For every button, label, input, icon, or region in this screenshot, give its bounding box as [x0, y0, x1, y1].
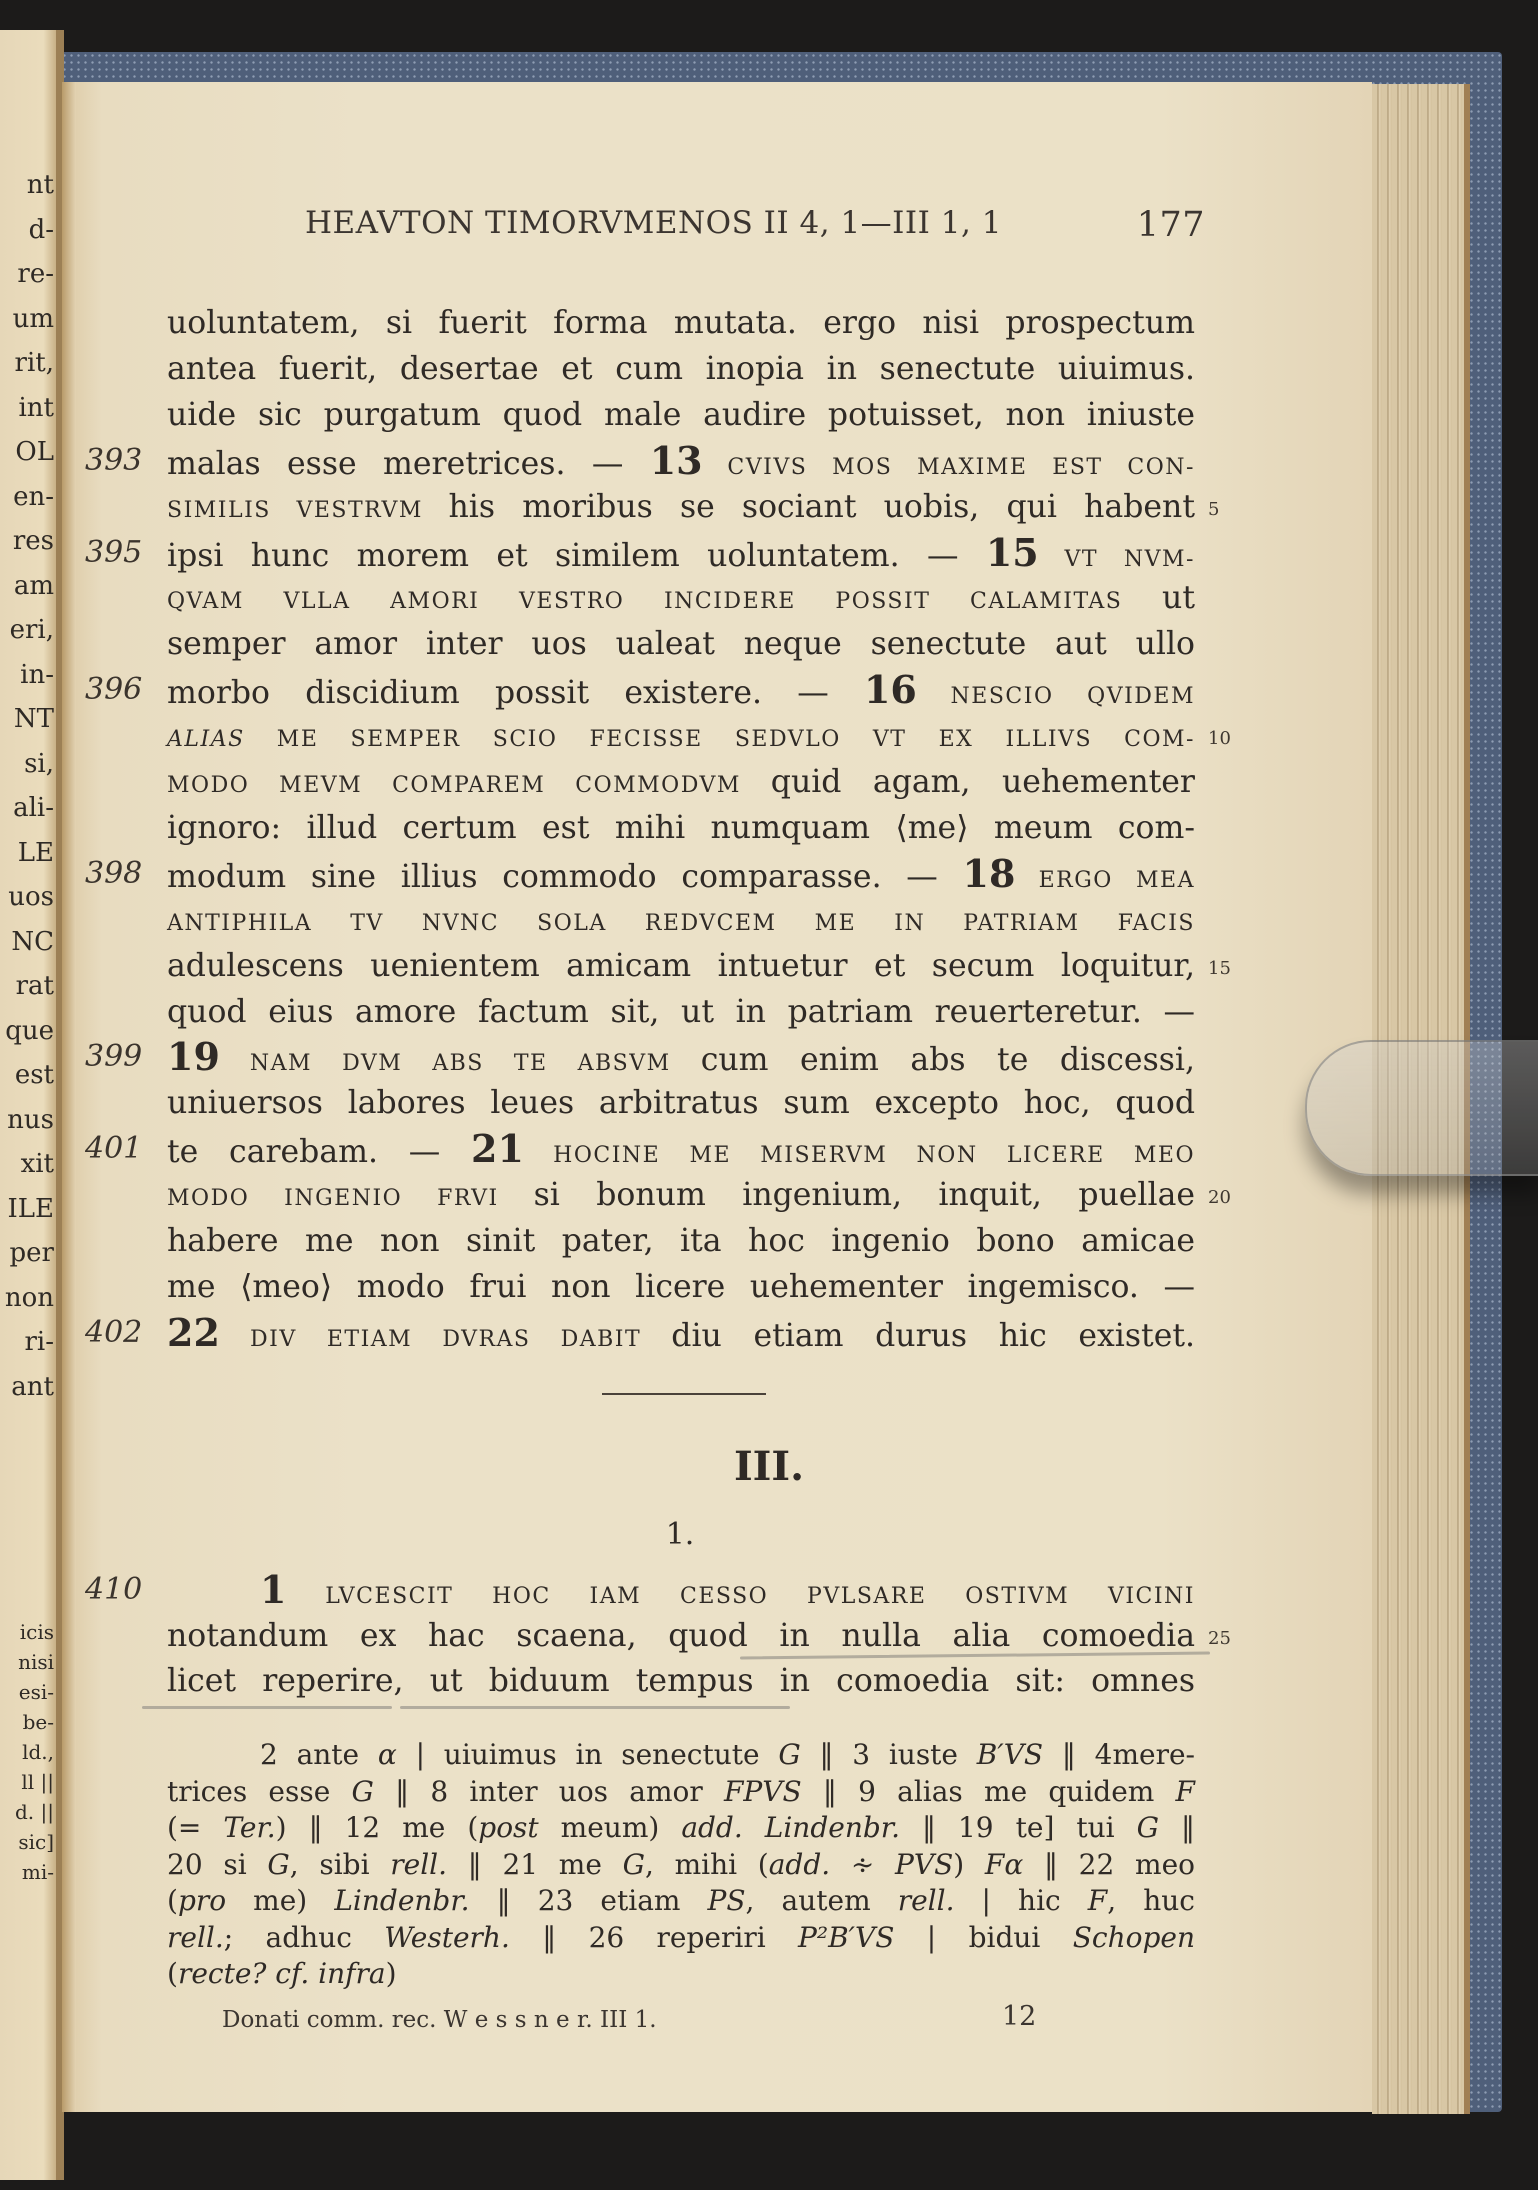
text-run: 2 ante	[260, 1738, 378, 1771]
text-run: ‖ 23 etiam	[470, 1884, 708, 1917]
lemma-small-caps: VT NVM-	[1039, 547, 1195, 572]
scene-heading: 1.	[0, 1517, 1360, 1552]
facing-page-fragment: ll ||	[21, 1770, 54, 1794]
text-run: uniuersos labores leues arbitratus sum e…	[167, 1085, 1195, 1121]
text-line: ANTIPHILA TV NVNC SOLA REDVCEM ME IN PAT…	[167, 900, 1195, 944]
text-run: ‖ 19 te] tui	[900, 1811, 1137, 1844]
text-run: ; adhuc	[224, 1921, 385, 1954]
facing-page-fragment: LE	[18, 838, 54, 868]
text-run: ut	[1162, 580, 1195, 616]
verse-number: 393	[85, 443, 155, 478]
facing-page-fragment: sic]	[18, 1830, 54, 1854]
text-run: ignoro: illud certum est mihi numquam ⟨m…	[167, 810, 1195, 846]
text-line: antea fuerit, desertae et cum inopia in …	[167, 349, 1195, 389]
facing-page-fragment: eri,	[10, 615, 54, 645]
text-line: morbo discidium possit existere. — 16 NE…	[167, 670, 1195, 717]
lemma-number: 1	[260, 1567, 286, 1612]
running-title: HEAVTON TIMORVMENOS II 4, 1—III 1, 1	[305, 205, 1002, 241]
facing-page-fragment: in-	[20, 660, 54, 690]
text-run: his moribus se sociant uobis, qui habent	[449, 489, 1195, 525]
text-run: uide sic purgatum quod male audire potui…	[167, 397, 1195, 433]
act-heading: III.	[0, 1443, 1538, 1490]
lemma-number: 15	[986, 530, 1039, 575]
facing-page-fragment: esi-	[19, 1680, 54, 1704]
footnote-line: (pro me) Lindenbr. ‖ 23 etiam PS, autem …	[167, 1883, 1195, 1919]
italic-text: recte? cf. infra	[178, 1957, 386, 1990]
italic-text: PS	[708, 1884, 746, 1917]
italic-text: α	[378, 1738, 397, 1771]
text-run: habere me non sinit pater, ita hoc ingen…	[167, 1223, 1195, 1259]
italic-text: add. ∻ PVS	[769, 1848, 954, 1881]
text-run: ipsi hunc morem et similem uoluntatem. —	[167, 538, 986, 574]
text-run: quid agam, uehementer	[771, 764, 1195, 800]
italic-text: G	[267, 1848, 289, 1881]
text-line: habere me non sinit pater, ita hoc ingen…	[167, 1221, 1195, 1261]
lemma-small-caps: NESCIO QVIDEM	[917, 684, 1195, 709]
text-line: te carebam. — 21 HOCINE ME MISERVM NON L…	[167, 1129, 1195, 1176]
running-header: HEAVTON TIMORVMENOS II 4, 1—III 1, 1 177	[305, 205, 1205, 255]
facing-page-fragment: res	[13, 526, 54, 556]
italic-text: G	[778, 1738, 800, 1771]
page-number: 177	[1137, 205, 1205, 245]
text-run: cum enim abs te discessi,	[701, 1042, 1195, 1078]
facing-page-fragment: um	[13, 304, 54, 334]
lemma-small-caps: LVCESCIT HOC IAM CESSO PVLSARE OSTIVM VI…	[286, 1584, 1195, 1609]
text-run: ) ‖ 12 me (	[276, 1811, 479, 1844]
italic-text: rell.	[898, 1884, 955, 1917]
facing-page-fragment: d-	[29, 215, 54, 245]
lemma-number: 19	[167, 1034, 220, 1079]
text-line: malas esse meretrices. — 13 CVIVS MOS MA…	[167, 441, 1195, 488]
facing-page-fragment: nus	[7, 1105, 54, 1135]
text-line: uniuersos labores leues arbitratus sum e…	[167, 1083, 1195, 1123]
text-run: me ⟨meo⟩ modo frui non licere uehementer…	[167, 1269, 1195, 1305]
text-run: uoluntatem, si fuerit forma mutata. ergo…	[167, 305, 1195, 341]
facing-page-fragment: uos	[8, 882, 54, 912]
text-run: , mihi (	[645, 1848, 769, 1881]
lemma-small-caps: CVIVS MOS MAXIME EST CON-	[703, 455, 1195, 480]
italic-text: G	[623, 1848, 645, 1881]
italic-text: FPVS	[724, 1775, 802, 1808]
footnote-line: 2 ante α | uiuimus in senectute G ‖ 3 iu…	[260, 1737, 1195, 1773]
lemma-small-caps: ERGO MEA	[1015, 868, 1195, 893]
lemma-small-caps: DIV ETIAM DVRAS DABIT	[220, 1327, 671, 1352]
text-run: antea fuerit, desertae et cum inopia in …	[167, 351, 1195, 387]
line-counter: 20	[1208, 1187, 1231, 1208]
italic-text: F	[1088, 1884, 1107, 1917]
text-run: meum)	[539, 1811, 682, 1844]
lemma-small-caps: SIMILIS VESTRVM	[167, 498, 449, 523]
text-run: , huc	[1107, 1884, 1195, 1917]
text-line: 22 DIV ETIAM DVRAS DABIT diu etiam durus…	[167, 1313, 1195, 1360]
text-run: me)	[226, 1884, 334, 1917]
italic-text: G	[1137, 1811, 1159, 1844]
text-run: quod eius amore factum sit, ut in patria…	[167, 994, 1195, 1030]
line-counter: 5	[1208, 499, 1219, 520]
facing-page-fragment: ILE	[7, 1194, 54, 1224]
italic-text: Fα	[985, 1848, 1023, 1881]
verse-number: 398	[85, 856, 155, 891]
text-run: malas esse meretrices. —	[167, 446, 650, 482]
imprint-line: Donati comm. rec. W e s s n e r. III 1.	[222, 2007, 657, 2033]
lemma-small-caps: ANTIPHILA TV NVNC SOLA REDVCEM ME IN PAT…	[167, 911, 1195, 936]
lemma-italic-small-caps: ALIAS	[167, 727, 245, 752]
text-line: MODO MEVM COMPAREM COMMODVM quid agam, u…	[167, 762, 1195, 806]
facing-page-fragment: xit	[21, 1149, 54, 1179]
text-run: morbo discidium possit existere. —	[167, 675, 864, 711]
italic-text: Lindenbr.	[334, 1884, 469, 1917]
italic-text: add. Lindenbr.	[681, 1811, 900, 1844]
verse-number: 410	[85, 1572, 155, 1607]
text-run: , sibi	[290, 1848, 391, 1881]
lemma-small-caps: MODO INGENIO FRVI	[167, 1186, 534, 1211]
text-line: ipsi hunc morem et similem uoluntatem. —…	[167, 533, 1195, 580]
text-line: quod eius amore factum sit, ut in patria…	[167, 992, 1195, 1032]
text-line: 19 NAM DVM ABS TE ABSVM cum enim abs te …	[167, 1037, 1195, 1084]
text-run: (=	[167, 1811, 223, 1844]
text-run: , autem	[746, 1884, 898, 1917]
lemma-small-caps: ME SEMPER SCIO FECISSE SEDVLO VT EX ILLI…	[245, 727, 1195, 752]
facing-page-fragment: si,	[24, 749, 54, 779]
gutter-shadow	[62, 82, 76, 2112]
facing-page-fragment: ri-	[24, 1327, 54, 1357]
facing-page-fragment: NT	[14, 704, 54, 734]
text-line: 1 LVCESCIT HOC IAM CESSO PVLSARE OSTIVM …	[260, 1570, 1195, 1617]
facing-page-fragment: ali-	[13, 793, 54, 823]
verse-number: 401	[85, 1131, 155, 1166]
italic-text: P²B′VS	[798, 1921, 894, 1954]
facing-page-fragment: rat	[16, 971, 54, 1001]
facing-page-fragment: ld.,	[22, 1740, 54, 1764]
text-run: )	[953, 1848, 985, 1881]
footnote-line: rell.; adhuc Westerh. ‖ 26 reperiri P²B′…	[167, 1920, 1195, 1956]
lemma-number: 18	[963, 851, 1016, 896]
facing-page-fragment: OL	[15, 437, 54, 467]
text-run: licet reperire, ut biduum tempus in como…	[167, 1663, 1195, 1699]
facing-page-fragment: en-	[13, 482, 54, 512]
verse-number: 395	[85, 535, 155, 570]
italic-text: Ter.	[223, 1811, 275, 1844]
text-line: ALIAS ME SEMPER SCIO FECISSE SEDVLO VT E…	[167, 716, 1195, 760]
text-line: QVAM VLLA AMORI VESTRO INCIDERE POSSIT C…	[167, 578, 1195, 622]
text-line: adulescens uenientem amicam intuetur et …	[167, 946, 1195, 986]
text-run: (	[167, 1957, 178, 1990]
text-run: ‖ 4mere-	[1043, 1738, 1195, 1771]
line-counter: 10	[1208, 728, 1231, 749]
facing-page-fragment: que	[5, 1016, 54, 1046]
verse-number: 396	[85, 672, 155, 707]
facing-page-fragment: int	[18, 393, 54, 423]
italic-text: Schopen	[1073, 1921, 1195, 1954]
page-footer: Donati comm. rec. W e s s n e r. III 1. …	[222, 2007, 657, 2033]
facing-page-fragment: icis	[20, 1620, 54, 1644]
section-divider-rule	[602, 1393, 766, 1395]
text-run: | uiuimus in senectute	[397, 1738, 779, 1771]
footnote-line: 20 si G, sibi rell. ‖ 21 me G, mihi (add…	[167, 1847, 1195, 1883]
facing-page-fragment: be-	[23, 1710, 54, 1734]
facing-page-fragment: NC	[11, 927, 54, 957]
facing-page-fragment: re-	[17, 259, 54, 289]
text-run: te carebam. —	[167, 1134, 471, 1170]
italic-text: B′VS	[977, 1738, 1043, 1771]
text-run: | hic	[954, 1884, 1087, 1917]
facing-page-fragment: rit,	[15, 348, 54, 378]
text-run: trices esse	[167, 1775, 352, 1808]
italic-text: rell.	[167, 1921, 224, 1954]
facing-page-fragment: mi-	[22, 1860, 54, 1884]
italic-text: pro	[178, 1884, 226, 1917]
text-run: | bidui	[894, 1921, 1072, 1954]
clear-bookmark-clip	[1305, 1040, 1538, 1176]
text-line: uide sic purgatum quod male audire potui…	[167, 395, 1195, 435]
pencil-underline	[142, 1706, 392, 1709]
italic-text: Westerh.	[384, 1921, 510, 1954]
text-line: SIMILIS VESTRVM his moribus se sociant u…	[167, 487, 1195, 531]
lemma-number: 13	[650, 438, 703, 483]
text-run: ‖ 9 alias me quidem	[802, 1775, 1176, 1808]
facing-page-left: ntd-re-umrit,intOLen-resameri,in-NTsi,al…	[0, 30, 62, 2180]
text-line: MODO INGENIO FRVI si bonum ingenium, inq…	[167, 1175, 1195, 1219]
facing-page-fragment: nisi	[18, 1650, 54, 1674]
text-run: )	[386, 1957, 397, 1990]
footnote-line: (= Ter.) ‖ 12 me (post meum) add. Linden…	[167, 1810, 1195, 1846]
text-line: licet reperire, ut biduum tempus in como…	[167, 1661, 1195, 1701]
text-run: ‖ 26 reperiri	[510, 1921, 798, 1954]
text-line: ignoro: illud certum est mihi numquam ⟨m…	[167, 808, 1195, 848]
text-run: notandum ex hac scaena, quod in nulla al…	[167, 1618, 1195, 1654]
lemma-number: 21	[471, 1126, 524, 1171]
facing-page-fragment: non	[5, 1283, 54, 1313]
text-run: ‖ 3 iuste	[801, 1738, 977, 1771]
text-line: modum sine illius commodo comparasse. — …	[167, 854, 1195, 901]
italic-text: rell.	[390, 1848, 447, 1881]
text-run: 20 si	[167, 1848, 267, 1881]
italic-text: F	[1176, 1775, 1195, 1808]
text-line: semper amor inter uos ualeat neque senec…	[167, 624, 1195, 664]
lemma-small-caps: QVAM VLLA AMORI VESTRO INCIDERE POSSIT C…	[167, 589, 1162, 614]
text-line: notandum ex hac scaena, quod in nulla al…	[167, 1616, 1195, 1656]
pencil-underline	[400, 1706, 790, 1709]
text-run: ‖ 21 me	[447, 1848, 623, 1881]
text-run: ‖ 8 inter uos amor	[374, 1775, 724, 1808]
text-line: me ⟨meo⟩ modo frui non licere uehementer…	[167, 1267, 1195, 1307]
lemma-small-caps: HOCINE ME MISERVM NON LICERE MEO	[524, 1143, 1195, 1168]
italic-text: G	[352, 1775, 374, 1808]
lemma-number: 22	[167, 1310, 220, 1355]
text-run: si bonum ingenium, inquit, puellae	[534, 1177, 1195, 1213]
text-run: ‖	[1159, 1811, 1195, 1844]
lemma-small-caps: MODO MEVM COMPAREM COMMODVM	[167, 773, 771, 798]
footnote-line: (recte? cf. infra)	[167, 1956, 1195, 1992]
facing-page-fragment: ant	[11, 1372, 54, 1402]
signature-mark: 12	[1002, 2001, 1036, 2032]
text-run: (	[167, 1884, 178, 1917]
verse-number: 399	[85, 1039, 155, 1074]
line-counter: 15	[1208, 958, 1231, 979]
text-run: modum sine illius commodo comparasse. —	[167, 859, 963, 895]
text-run: adulescens uenientem amicam intuetur et …	[167, 948, 1195, 984]
text-run: ‖ 22 meo	[1023, 1848, 1195, 1881]
verse-number: 402	[85, 1315, 155, 1350]
line-counter: 25	[1208, 1628, 1231, 1649]
text-line: uoluntatem, si fuerit forma mutata. ergo…	[167, 303, 1195, 343]
facing-page-fragment: per	[10, 1238, 54, 1268]
facing-page-fragment: am	[14, 571, 54, 601]
italic-text: post	[478, 1811, 538, 1844]
lemma-small-caps: NAM DVM ABS TE ABSVM	[220, 1051, 701, 1076]
text-run: diu etiam durus hic existet.	[671, 1318, 1195, 1354]
facing-page-fragment: est	[15, 1060, 54, 1090]
facing-page-fragment: nt	[27, 170, 54, 200]
lemma-number: 16	[864, 667, 917, 712]
text-run: semper amor inter uos ualeat neque senec…	[167, 626, 1195, 662]
facing-page-fragment: d. ||	[15, 1800, 54, 1824]
footnote-line: trices esse G ‖ 8 inter uos amor FPVS ‖ …	[167, 1774, 1195, 1810]
